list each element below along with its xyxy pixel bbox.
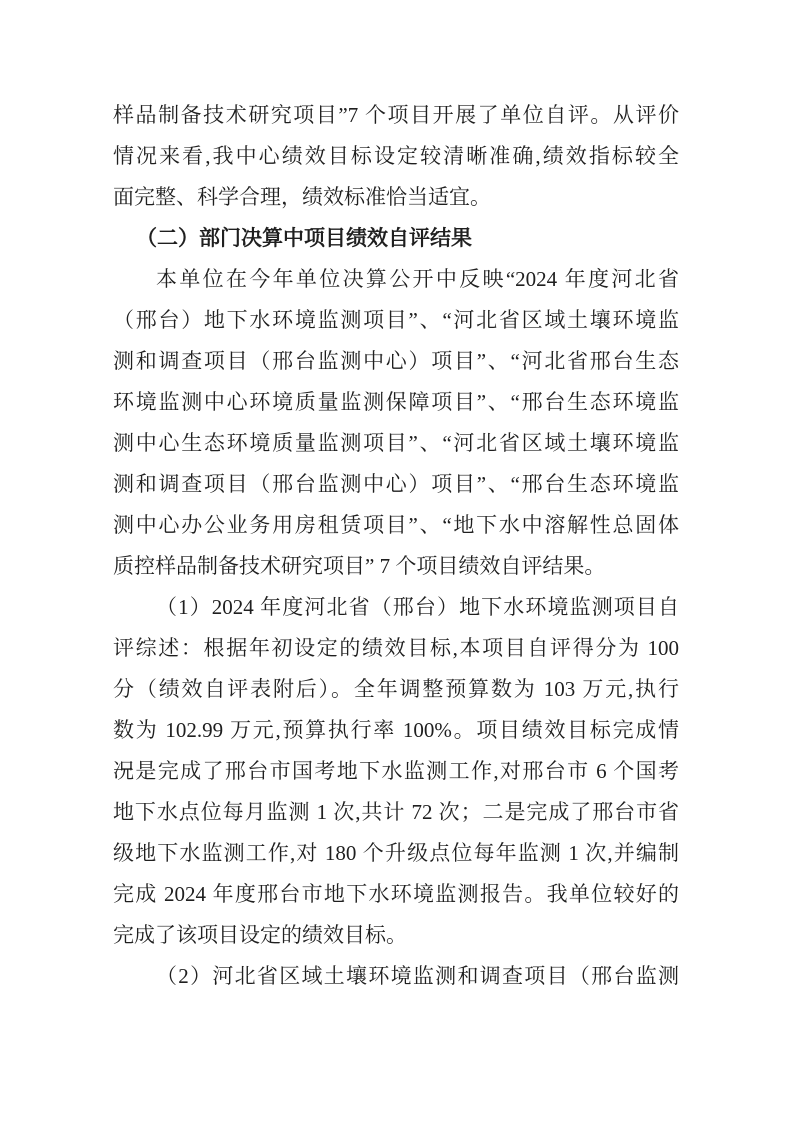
paragraph: （2）河北省区域土壤环境监测和调查项目（邢台监测 bbox=[113, 956, 679, 997]
text-line: 级地下水监测工作,对 180 个升级点位每年监测 1 次,并编制 bbox=[113, 833, 679, 874]
text-line: 完成 2024 年度邢台市地下水环境监测报告。我单位较好的 bbox=[113, 874, 679, 915]
text-line: 测和调查项目（邢台监测中心）项目”、“河北省邢台生态 bbox=[113, 341, 679, 382]
text-line: 样品制备技术研究项目”7 个项目开展了单位自评。从评价 bbox=[113, 95, 679, 136]
text-line: （邢台）地下水环境监测项目”、“河北省区域土壤环境监 bbox=[113, 300, 679, 341]
section-heading: （二）部门决算中项目绩效自评结果 bbox=[113, 218, 679, 259]
text-line: 测中心办公业务用房租赁项目”、“地下水中溶解性总固体 bbox=[113, 505, 679, 546]
text-line: 一是完成了邢台市国考地下水监测工作,对邢台市 6 个国考 bbox=[113, 751, 679, 792]
text-line: 测中心生态环境质量监测项目”、“河北省区域土壤环境监 bbox=[113, 423, 679, 464]
text-line: （2）河北省区域土壤环境监测和调查项目（邢台监测 bbox=[113, 956, 679, 997]
text-line: 完成了该项目设定的绩效目标。 bbox=[113, 915, 679, 956]
text-line: 质控样品制备技术研究项目” 7 个项目绩效自评结果。 bbox=[113, 546, 679, 587]
text-line: 评综述：根据年初设定的绩效目标,本项目自评得分为 100 bbox=[113, 628, 679, 669]
text-line: 面完整、科学合理，绩效标准恰当适宜。 bbox=[113, 177, 679, 218]
text-line: 数为 102.99 万元,预算执行率 100%。项目绩效目标完成情况： bbox=[113, 710, 679, 751]
text-line: 本单位在今年单位决算公开中反映“2024 年度河北省 bbox=[113, 259, 679, 300]
text-line: 情况来看,我中心绩效目标设定较清晰准确,绩效指标较全 bbox=[113, 136, 679, 177]
text-line: 环境监测中心环境质量监测保障项目”、“邢台生态环境监 bbox=[113, 382, 679, 423]
document-page: 样品制备技术研究项目”7 个项目开展了单位自评。从评价情况来看,我中心绩效目标设… bbox=[0, 0, 793, 1122]
paragraph: 样品制备技术研究项目”7 个项目开展了单位自评。从评价情况来看,我中心绩效目标设… bbox=[113, 95, 679, 218]
text-line: （二）部门决算中项目绩效自评结果 bbox=[113, 218, 679, 259]
text-line: 分（绩效自评表附后）。全年调整预算数为 103 万元,执行 bbox=[113, 669, 679, 710]
paragraph: 本单位在今年单位决算公开中反映“2024 年度河北省（邢台）地下水环境监测项目”… bbox=[113, 259, 679, 587]
text-line: 测和调查项目（邢台监测中心）项目”、“邢台生态环境监 bbox=[113, 464, 679, 505]
document-body: 样品制备技术研究项目”7 个项目开展了单位自评。从评价情况来看,我中心绩效目标设… bbox=[113, 95, 679, 997]
paragraph: （1）2024 年度河北省（邢台）地下水环境监测项目自评综述：根据年初设定的绩效… bbox=[113, 587, 679, 956]
text-line: 地下水点位每月监测 1 次,共计 72 次；二是完成了邢台市省 bbox=[113, 792, 679, 833]
text-line: （1）2024 年度河北省（邢台）地下水环境监测项目自 bbox=[113, 587, 679, 628]
